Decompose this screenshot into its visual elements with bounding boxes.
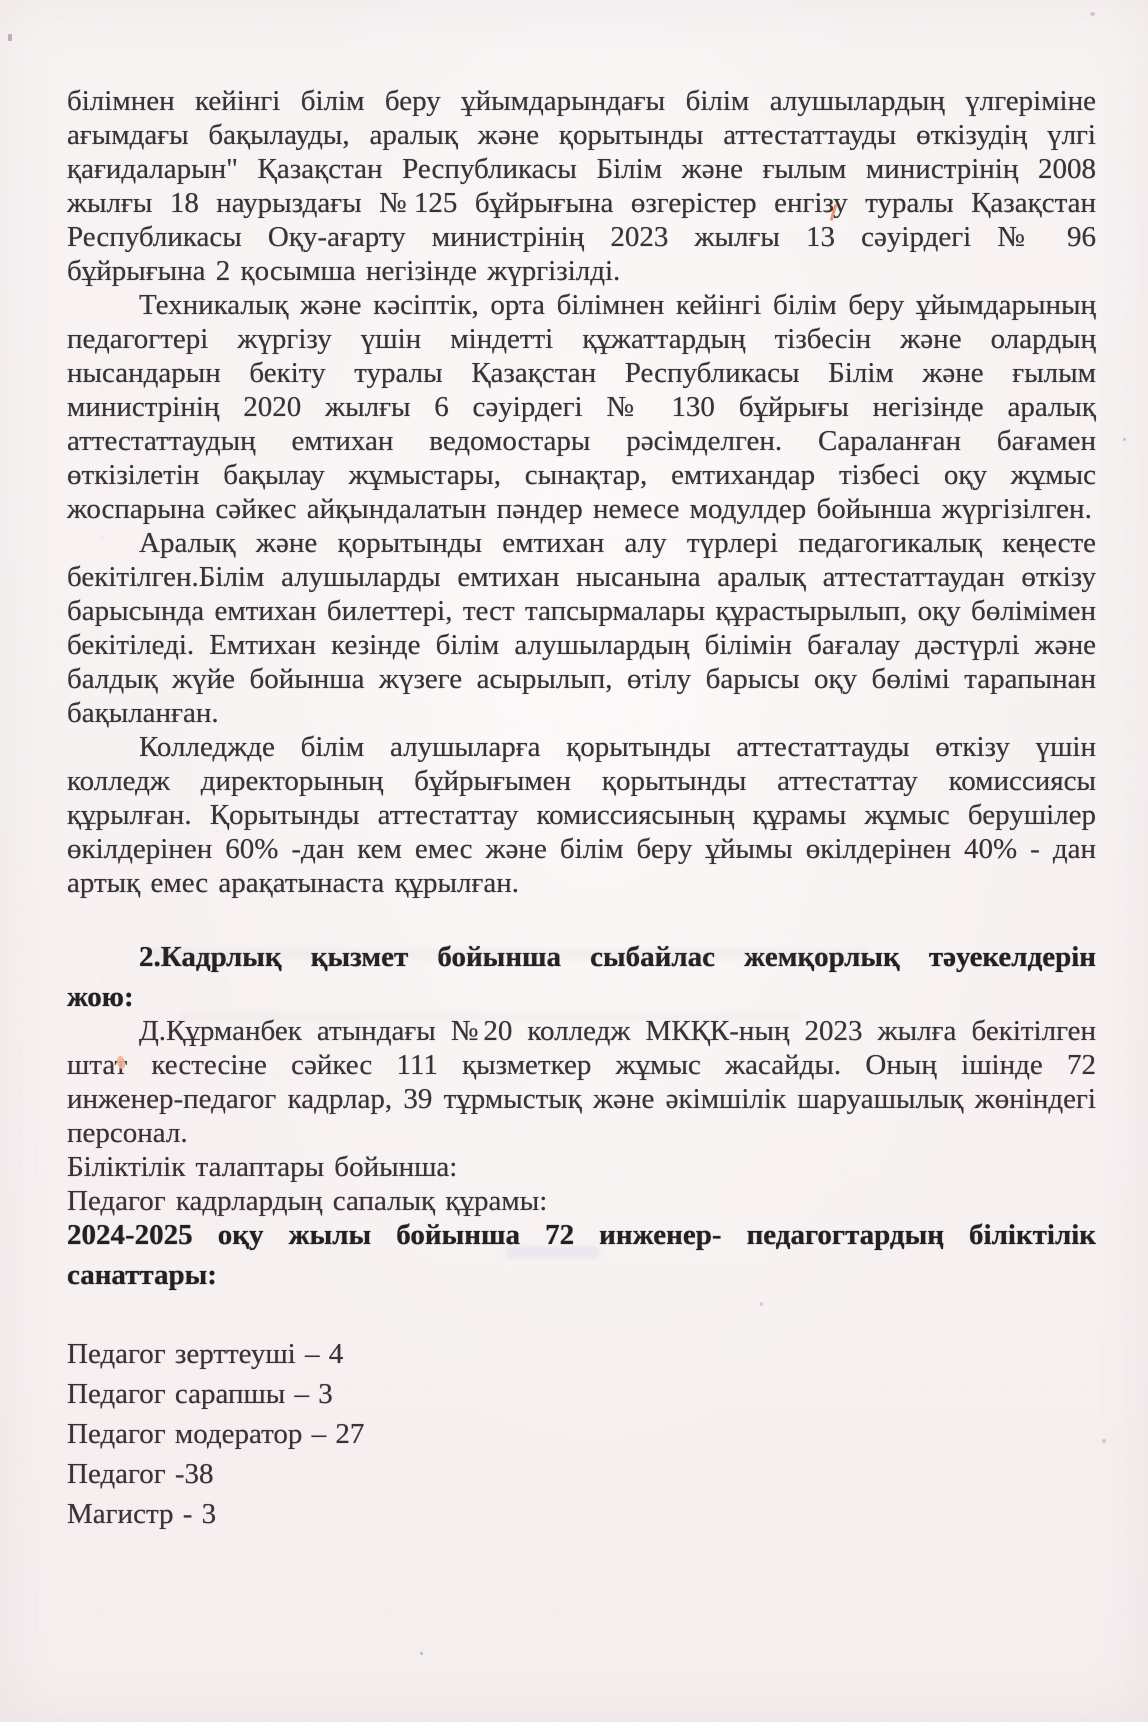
scan-speck — [1090, 12, 1095, 16]
scan-speck — [8, 34, 12, 41]
section-heading-line2: жою: — [67, 980, 1096, 1014]
list-item-pedagog-zertteushi: Педагог зерттеуші – 4 — [67, 1334, 1096, 1374]
qualification-heading-line2: санаттары: — [67, 1258, 1096, 1292]
list-item-pedagog-sarapshy: Педагог сарапшы – 3 — [67, 1374, 1096, 1414]
document-text-block: білімнен кейінгі білім беру ұйымдарындағ… — [67, 84, 1096, 1534]
paragraph-exam-forms: Аралық және қорытынды емтихан алу түрлер… — [67, 526, 1096, 730]
scan-speck — [1102, 1439, 1106, 1443]
paragraph-mandatory-documents: Техникалық және кәсіптік, орта білімнен … — [67, 288, 1096, 526]
scan-speck — [1123, 438, 1126, 441]
line-qualification-requirements: Біліктілік талаптары бойынша: — [67, 1150, 1096, 1184]
qualification-categories-list: Педагог зерттеуші – 4 Педагог сарапшы – … — [67, 1334, 1096, 1534]
paragraph-attestation-commission: Колледжде білім алушыларға қорытынды атт… — [67, 730, 1096, 900]
list-item-pedagog: Педагог -38 — [67, 1454, 1096, 1494]
section-heading-line1: 2.Кадрлық қызмет бойынша сыбайлас жемқор… — [67, 940, 1096, 974]
scan-speck — [420, 1652, 423, 1655]
qualification-heading-line1: 2024-2025 оқу жылы бойынша 72 инженер- п… — [67, 1218, 1096, 1252]
scanned-document-page: білімнен кейінгі білім беру ұйымдарындағ… — [0, 0, 1148, 1722]
paragraph-staff-numbers: Д.Құрманбек атындағы №20 колледж МКҚК-ны… — [67, 1014, 1096, 1150]
list-item-magistr: Магистр - 3 — [67, 1494, 1096, 1534]
line-pedagog-quality-composition: Педагог кадрлардың сапалық құрамы: — [67, 1184, 1096, 1218]
list-item-pedagog-moderator: Педагог модератор – 27 — [67, 1414, 1096, 1454]
section-heading-hr-risks: 2.Кадрлық қызмет бойынша сыбайлас жемқор… — [67, 940, 1096, 1014]
qualification-categories-heading: 2024-2025 оқу жылы бойынша 72 инженер- п… — [67, 1218, 1096, 1292]
paragraph-regulation-basis: білімнен кейінгі білім беру ұйымдарындағ… — [67, 84, 1096, 288]
